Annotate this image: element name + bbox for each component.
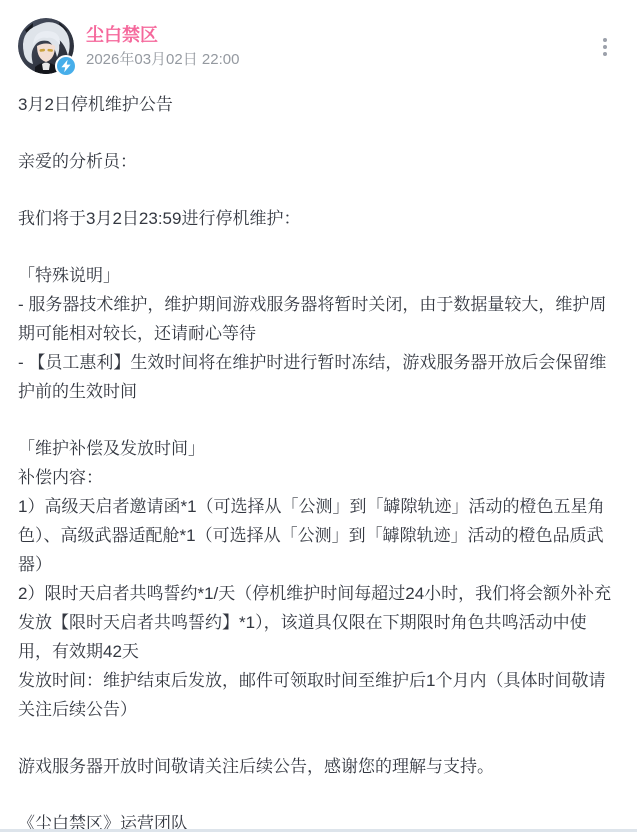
post-header: 尘白禁区 2026年03月02日 22:00	[0, 0, 637, 86]
post-paragraph: 1）高级天启者邀请函*1（可选择从「公测」到「罅隙轨迹」活动的橙色五星角色）、高…	[18, 492, 619, 579]
avatar[interactable]	[18, 18, 74, 74]
blank-line	[18, 781, 619, 809]
post-page: 尘白禁区 2026年03月02日 22:00 3月2日停机维护公告 亲爱的分析员…	[0, 0, 637, 832]
blank-line	[18, 724, 619, 752]
post-timestamp: 2026年03月02日 22:00	[86, 51, 239, 69]
post-paragraph: 「特殊说明」	[18, 261, 619, 290]
post-paragraph: 发放时间：维护结束后发放，邮件可领取时间至维护后1个月内（具体时间敬请关注后续公…	[18, 666, 619, 724]
blank-line	[18, 176, 619, 204]
user-meta: 尘白禁区 2026年03月02日 22:00	[86, 24, 239, 69]
blank-line	[18, 406, 619, 434]
post-title: 3月2日停机维护公告	[18, 90, 619, 119]
post-paragraph: 游戏服务器开放时间敬请关注后续公告，感谢您的理解与支持。	[18, 752, 619, 781]
blank-line	[18, 233, 619, 261]
post-paragraph: 我们将于3月2日23:59进行停机维护：	[18, 204, 619, 233]
username-link[interactable]: 尘白禁区	[86, 24, 158, 46]
post-paragraph: 补偿内容：	[18, 463, 619, 492]
post-paragraph: - 服务器技术维护，维护期间游戏服务器将暂时关闭，由于数据量较大，维护周期可能相…	[18, 290, 619, 348]
blank-line	[18, 119, 619, 147]
lightning-verified-badge-icon	[55, 55, 77, 77]
post-paragraph: - 【员工惠利】生效时间将在维护时进行暂时冻结，游戏服务器开放后会保留维护前的生…	[18, 348, 619, 406]
post-body: 3月2日停机维护公告 亲爱的分析员： 我们将于3月2日23:59进行停机维护： …	[0, 86, 637, 832]
post-paragraph: 2）限时天启者共鸣誓约*1/天（停机维护时间每超过24小时，我们将会额外补充发放…	[18, 579, 619, 666]
post-paragraph: 亲爱的分析员：	[18, 147, 619, 176]
more-options-icon[interactable]	[601, 36, 609, 58]
post-paragraph: 「维护补偿及发放时间」	[18, 434, 619, 463]
